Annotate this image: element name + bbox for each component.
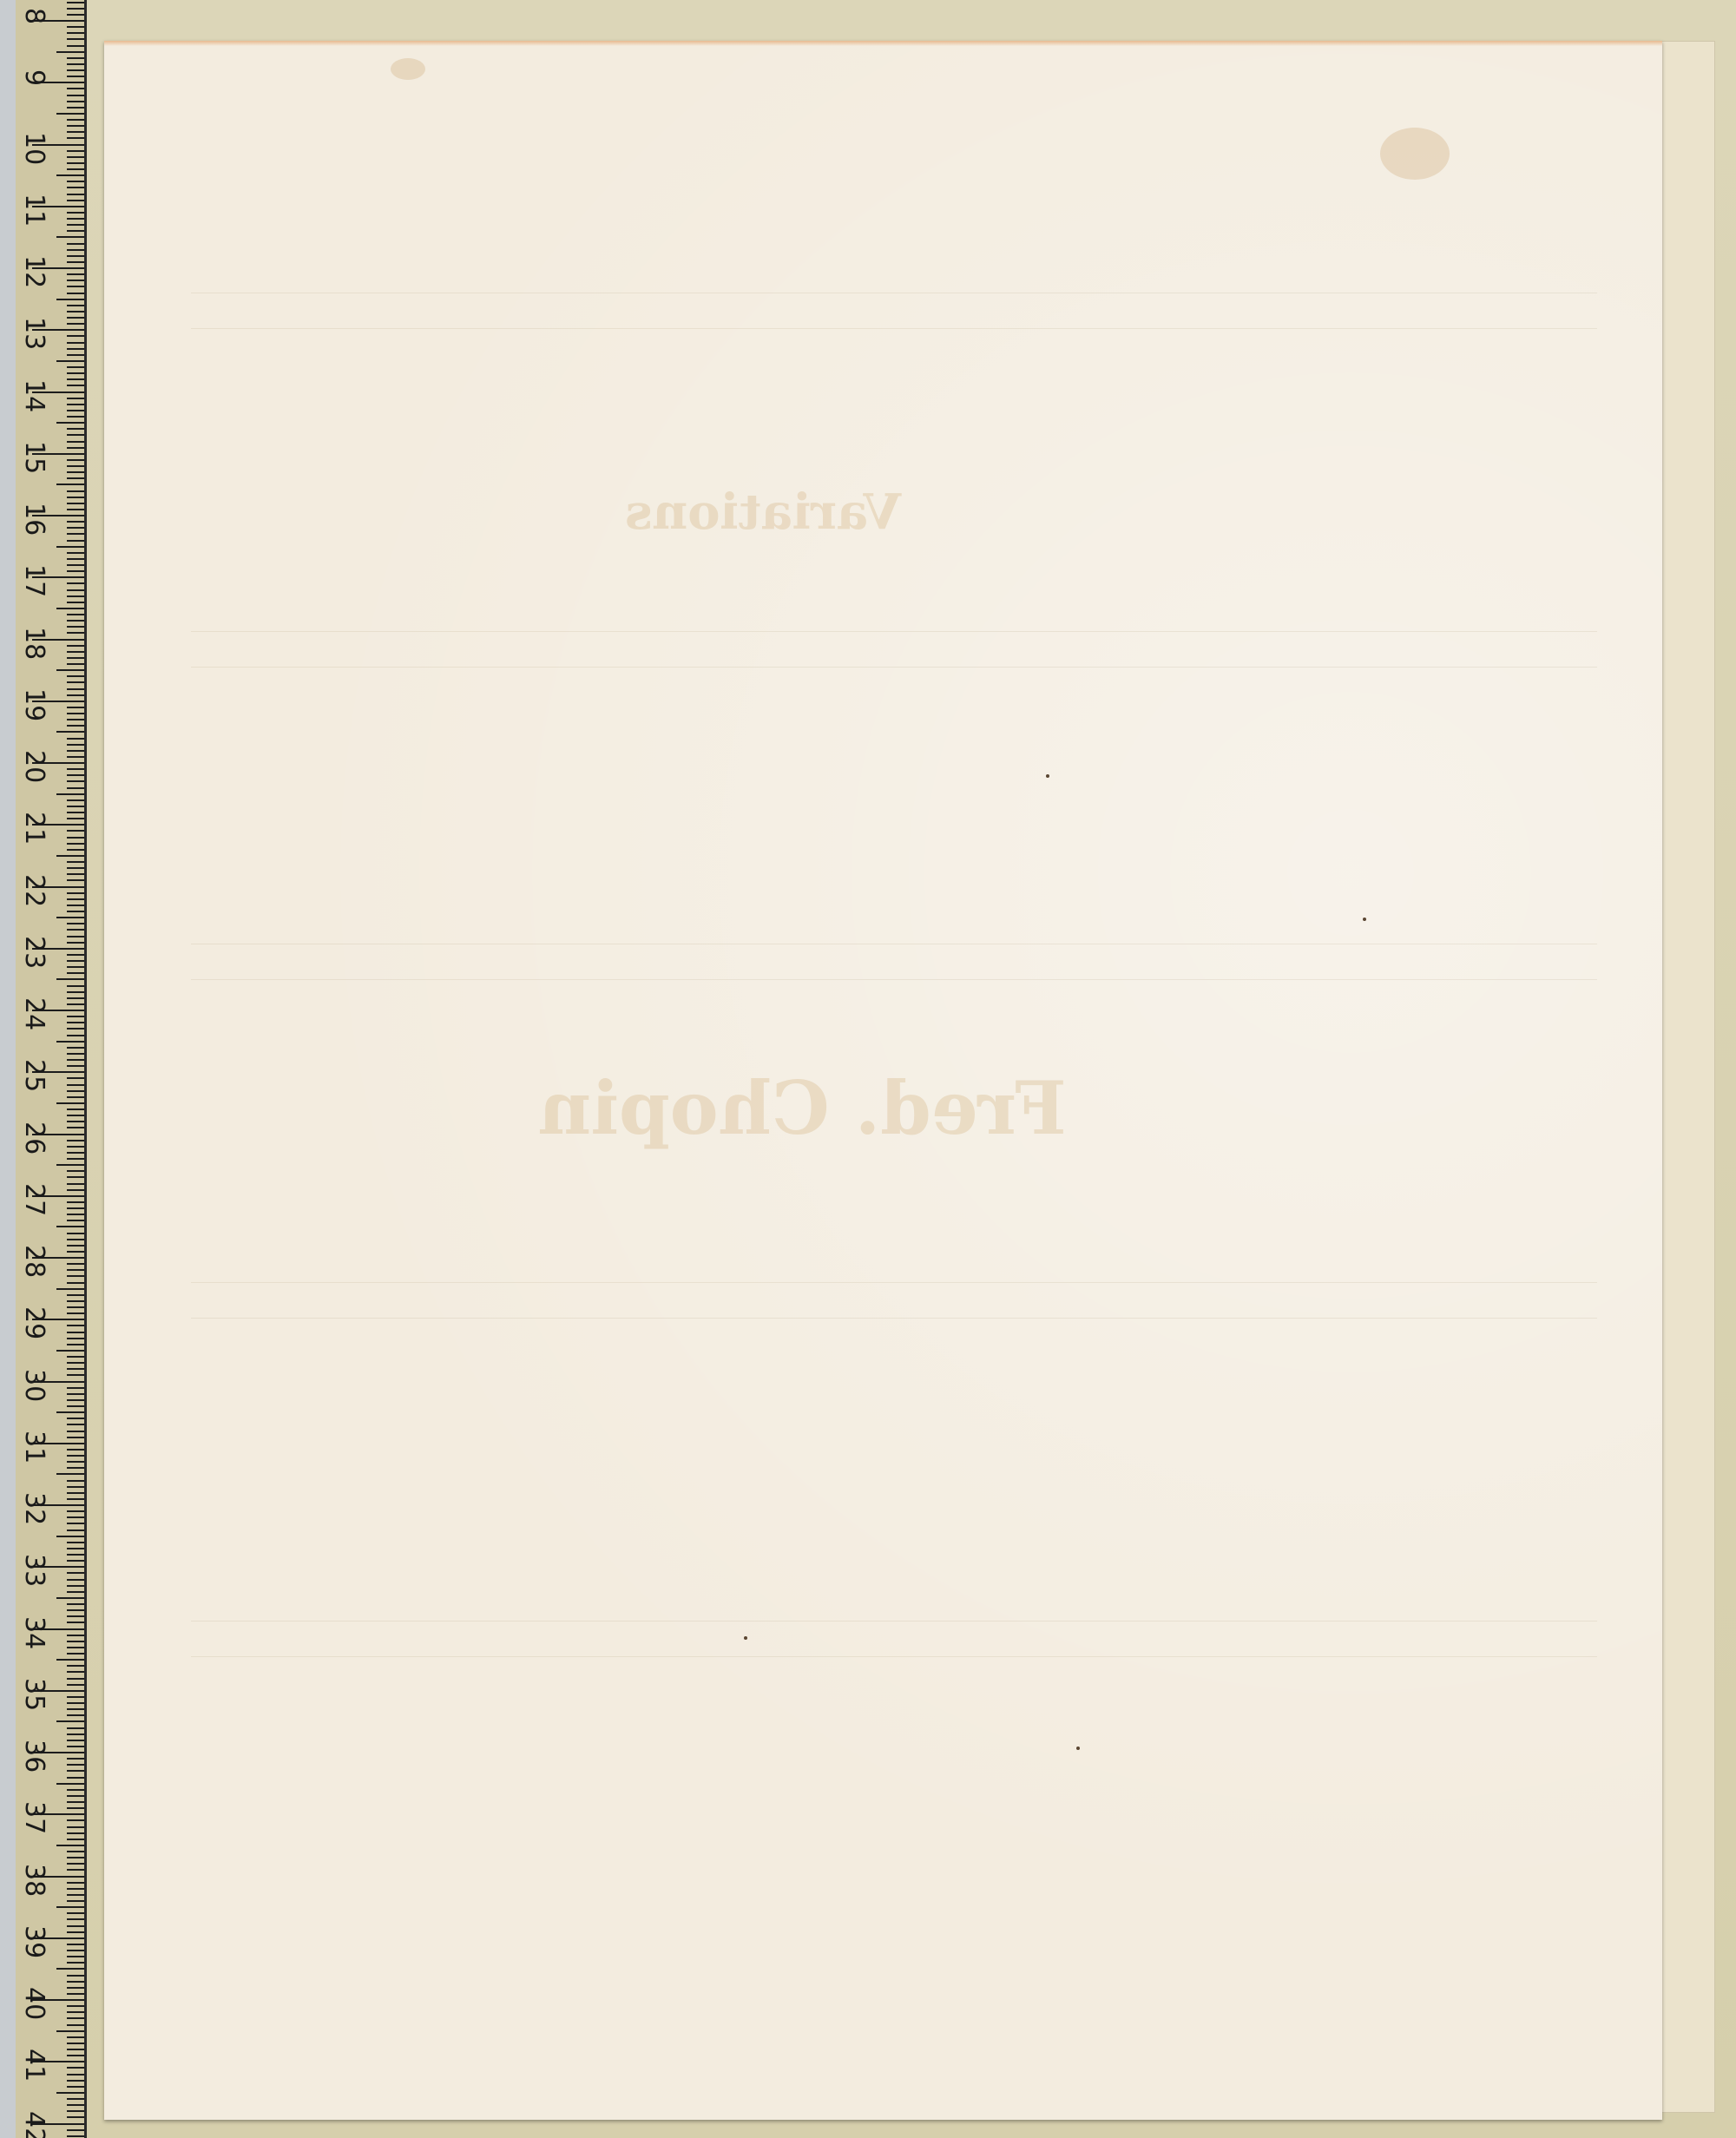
ruler-tick xyxy=(67,620,84,622)
ruler-tick xyxy=(67,1065,84,1067)
ruler-tick xyxy=(56,1906,84,1908)
ruler-tick xyxy=(67,416,84,418)
ruler-tick xyxy=(67,441,84,443)
ruler-tick xyxy=(67,398,84,399)
ruler-tick xyxy=(67,911,84,912)
ruler-tick xyxy=(56,299,84,300)
ruler-tick xyxy=(56,422,84,424)
ruler-tick xyxy=(67,32,84,34)
ruler-tick xyxy=(67,2055,84,2056)
ruler-tick xyxy=(67,707,84,708)
ruler-label: 32 xyxy=(21,1492,47,1525)
ruler-tick xyxy=(67,1214,84,1215)
ruler-tick xyxy=(56,1288,84,1290)
ruler-tick xyxy=(67,632,84,634)
ruler-tick xyxy=(67,187,84,188)
ruler-label: 34 xyxy=(21,1616,47,1649)
ruler-tick xyxy=(67,2104,84,2106)
ruler-label: 19 xyxy=(21,688,47,721)
ruler-tick xyxy=(67,2043,84,2044)
ruler-tick xyxy=(67,38,84,40)
ruler-tick xyxy=(56,1536,84,1537)
ruler-tick xyxy=(67,595,84,597)
ruler-tick xyxy=(67,1975,84,1977)
ruler-tick xyxy=(67,614,84,615)
ruler-tick xyxy=(67,774,84,776)
ruler-tick xyxy=(67,1239,84,1240)
ruler-tick xyxy=(67,1950,84,1951)
ruler-tick xyxy=(67,101,84,102)
ruler-tick xyxy=(67,1869,84,1871)
ruler-tick xyxy=(67,954,84,956)
ruler-tick xyxy=(67,2017,84,2019)
ruler-tick xyxy=(67,1233,84,1234)
ruler-tick xyxy=(67,1523,84,1524)
paper-speck xyxy=(1363,918,1366,921)
ruler-label: 17 xyxy=(21,564,47,597)
ruler-tick xyxy=(67,960,84,962)
ruler-tick xyxy=(67,497,84,498)
ruler-tick xyxy=(67,156,84,158)
ruler-tick xyxy=(67,1962,84,1964)
ruler-label: 28 xyxy=(21,1245,47,1278)
ruler-tick xyxy=(67,1158,84,1160)
ruler-tick xyxy=(67,564,84,566)
measurement-ruler: 8910111213141516171819202122232425262728… xyxy=(16,0,87,2138)
ruler-tick xyxy=(67,471,84,473)
ruler-tick xyxy=(67,1579,84,1581)
ruler-tick xyxy=(67,1819,84,1821)
ruler-label: 33 xyxy=(21,1554,47,1587)
ruler-tick xyxy=(67,1510,84,1512)
ruler-label: 14 xyxy=(21,379,47,412)
ruler-tick xyxy=(56,51,84,53)
ruler-tick xyxy=(67,830,84,832)
ruler-tick xyxy=(67,1882,84,1884)
ruler-tick xyxy=(67,806,84,807)
ruler-label: 13 xyxy=(21,317,47,350)
ruler-label: 39 xyxy=(21,1925,47,1958)
bleed-staff xyxy=(191,631,1597,668)
ruler-label: 20 xyxy=(21,750,47,783)
ruler-tick xyxy=(67,713,84,714)
ruler-tick xyxy=(67,1826,84,1828)
ruler-tick xyxy=(67,76,84,77)
ruler-tick xyxy=(67,1529,84,1531)
ruler-tick xyxy=(56,1102,84,1104)
ruler-tick xyxy=(67,1344,84,1345)
ruler-tick xyxy=(67,1325,84,1326)
ruler-tick xyxy=(56,1473,84,1475)
ruler-label: 36 xyxy=(21,1740,47,1773)
ruler-tick xyxy=(67,2098,84,2100)
ruler-tick xyxy=(67,1084,84,1086)
ruler-tick xyxy=(67,1888,84,1890)
ruler-tick xyxy=(67,1987,84,1989)
ruler-tick xyxy=(67,249,84,251)
ruler-tick xyxy=(67,540,84,542)
ruler-tick xyxy=(67,1944,84,1945)
ruler-tick xyxy=(56,2030,84,2032)
ruler-tick xyxy=(67,2129,84,2131)
ruler-tick xyxy=(67,354,84,356)
ruler-tick xyxy=(67,521,84,523)
ruler-tick xyxy=(67,1152,84,1154)
ruler-tick xyxy=(56,1597,84,1599)
ruler-tick xyxy=(67,1356,84,1358)
ruler-tick xyxy=(67,942,84,944)
ruler-tick xyxy=(67,1653,84,1654)
ruler-tick xyxy=(56,793,84,795)
ruler-tick xyxy=(67,1746,84,1747)
ruler-label: 35 xyxy=(21,1678,47,1711)
ruler-tick xyxy=(67,1035,84,1036)
ruler-tick xyxy=(67,459,84,461)
ruler-tick xyxy=(67,589,84,591)
ruler-tick xyxy=(67,787,84,789)
ruler-tick xyxy=(67,434,84,436)
ruler-tick xyxy=(67,1053,84,1055)
ruler-tick xyxy=(67,428,84,430)
ruler-tick xyxy=(67,1220,84,1221)
ruler-tick xyxy=(67,2067,84,2069)
ruler-tick xyxy=(67,1189,84,1191)
ruler-tick xyxy=(67,1925,84,1927)
ruler-tick xyxy=(67,936,84,937)
ruler-tick xyxy=(67,509,84,510)
ruler-tick xyxy=(67,1461,84,1463)
ruler-tick xyxy=(67,1641,84,1642)
ruler-tick xyxy=(67,218,84,220)
ruler-tick xyxy=(67,1795,84,1797)
ruler-tick xyxy=(67,1059,84,1061)
ruler-tick xyxy=(67,181,84,182)
ruler-tick xyxy=(67,837,84,839)
ruler-tick xyxy=(67,57,84,59)
ruler-tick xyxy=(67,681,84,683)
ruler-tick xyxy=(67,533,84,535)
ruler-tick xyxy=(67,243,84,245)
ruler-tick xyxy=(56,360,84,362)
ruler-tick xyxy=(67,1832,84,1834)
ruler-label: 10 xyxy=(21,132,47,165)
ruler-tick xyxy=(67,95,84,96)
ruler-tick xyxy=(56,1659,84,1661)
ruler-tick xyxy=(67,119,84,121)
ruler-tick xyxy=(67,293,84,294)
ruler-tick xyxy=(67,372,84,374)
ruler-tick xyxy=(67,558,84,560)
ruler-tick xyxy=(67,1263,84,1265)
ruler-tick xyxy=(67,69,84,71)
ruler-label: 9 xyxy=(21,69,47,86)
ruler-label: 23 xyxy=(21,936,47,969)
ruler-tick xyxy=(67,867,84,869)
ruler-tick xyxy=(67,2074,84,2076)
bleed-staff xyxy=(191,1621,1597,1657)
ruler-tick xyxy=(67,1894,84,1896)
ruler-tick xyxy=(67,1047,84,1049)
ruler-tick xyxy=(67,1146,84,1148)
ruler-tick xyxy=(67,503,84,504)
ruler-tick xyxy=(56,1845,84,1846)
ruler-tick xyxy=(67,273,84,275)
ruler-tick xyxy=(67,1300,84,1302)
ruler-tick xyxy=(67,465,84,467)
ruler-tick xyxy=(67,477,84,479)
ruler-label: 8 xyxy=(21,8,47,24)
ruler-tick xyxy=(67,1455,84,1457)
ruler-tick xyxy=(67,1368,84,1370)
ruler-tick xyxy=(67,1437,84,1438)
ruler-tick xyxy=(67,1789,84,1791)
ruler-tick xyxy=(56,669,84,671)
bleed-through-composer: Fred. Chopin xyxy=(538,1065,1067,1151)
ruler-tick xyxy=(67,2110,84,2112)
ruler-label: 11 xyxy=(21,194,47,227)
ruler-tick xyxy=(67,657,84,659)
ruler-tick xyxy=(67,45,84,47)
ruler-tick xyxy=(67,1312,84,1314)
ruler-tick xyxy=(56,978,84,980)
ruler-tick xyxy=(67,1777,84,1779)
ruler-tick xyxy=(67,1492,84,1494)
ruler-tick xyxy=(67,150,84,152)
scanner-edge xyxy=(0,0,16,2138)
ruler-label: 27 xyxy=(21,1183,47,1216)
ruler-tick xyxy=(67,1857,84,1858)
ruler-tick xyxy=(67,1090,84,1092)
ruler-tick xyxy=(67,768,84,770)
ruler-tick xyxy=(67,570,84,572)
ruler-tick xyxy=(67,1140,84,1141)
ruler-tick xyxy=(67,1467,84,1469)
ruler-label: 37 xyxy=(21,1801,47,1834)
ruler-tick xyxy=(67,991,84,993)
ruler-tick xyxy=(67,1115,84,1116)
ruler-label: 12 xyxy=(21,255,47,288)
ruler-tick xyxy=(67,1727,84,1729)
ruler-label: 22 xyxy=(21,874,47,907)
ruler-label: 24 xyxy=(21,997,47,1030)
ruler-tick xyxy=(67,1542,84,1543)
paper-speck xyxy=(744,1636,747,1640)
bleed-staff xyxy=(191,944,1597,980)
ruler-tick xyxy=(67,1399,84,1401)
ruler-label: 40 xyxy=(21,1987,47,2020)
ruler-tick xyxy=(67,812,84,813)
ruler-tick xyxy=(67,255,84,257)
ruler-tick xyxy=(67,663,84,665)
ruler-tick xyxy=(67,280,84,281)
ruler-tick xyxy=(67,1807,84,1809)
ruler-tick xyxy=(67,2080,84,2082)
ruler-tick xyxy=(67,1176,84,1178)
ruler-tick xyxy=(56,1411,84,1413)
ruler-tick xyxy=(67,1003,84,1005)
ruler-tick xyxy=(67,1306,84,1308)
ruler-tick xyxy=(56,1968,84,1970)
ruler-tick xyxy=(67,378,84,380)
ruler-tick xyxy=(67,527,84,529)
ruler-tick xyxy=(67,261,84,263)
ruler-tick xyxy=(67,1269,84,1271)
ruler-tick xyxy=(67,131,84,133)
paper-speck xyxy=(1076,1747,1080,1750)
ruler-tick xyxy=(67,1418,84,1419)
ruler-tick xyxy=(67,898,84,900)
ruler-label: 30 xyxy=(21,1369,47,1402)
ruler-tick xyxy=(67,2,84,3)
ruler-tick xyxy=(67,1863,84,1865)
ruler-tick xyxy=(67,1993,84,1995)
ruler-tick xyxy=(67,1251,84,1253)
ruler-tick xyxy=(67,552,84,554)
ruler-tick xyxy=(67,1016,84,1017)
ruler-tick xyxy=(56,174,84,176)
ruler-label: 29 xyxy=(21,1306,47,1339)
ruler-tick xyxy=(67,675,84,677)
ruler-tick xyxy=(56,1783,84,1785)
ruler-tick xyxy=(67,923,84,924)
ruler-tick xyxy=(67,719,84,720)
ruler-tick xyxy=(67,8,84,10)
ruler-tick xyxy=(67,194,84,195)
ruler-tick xyxy=(67,1714,84,1716)
page-top-edge xyxy=(104,41,1662,46)
ruler-tick xyxy=(67,694,84,696)
ruler-tick xyxy=(67,1622,84,1623)
ruler-tick xyxy=(67,311,84,312)
ruler-tick xyxy=(67,750,84,752)
ruler-tick xyxy=(67,230,84,232)
ruler-tick xyxy=(67,1918,84,1920)
ruler-tick xyxy=(56,1041,84,1043)
ruler-tick xyxy=(67,1405,84,1407)
ruler-tick xyxy=(67,1740,84,1741)
ruler-tick xyxy=(67,1770,84,1772)
ruler-tick xyxy=(67,162,84,164)
ruler-tick xyxy=(67,2024,84,2026)
ruler-tick xyxy=(67,849,84,851)
ruler-tick xyxy=(67,335,84,337)
ruler-tick xyxy=(67,1486,84,1488)
ruler-label: 42 xyxy=(21,2111,47,2138)
ruler-tick xyxy=(67,756,84,758)
ruler-tick xyxy=(67,799,84,801)
ruler-tick xyxy=(67,905,84,906)
ruler-label: 25 xyxy=(21,1059,47,1092)
ruler-tick xyxy=(67,1108,84,1110)
ruler-tick xyxy=(67,1615,84,1617)
ruler-tick xyxy=(56,546,84,548)
ruler-tick xyxy=(67,2011,84,2013)
ruler-tick xyxy=(67,2116,84,2118)
ruler-tick xyxy=(56,2092,84,2094)
ruler-tick xyxy=(56,1720,84,1722)
ruler-tick xyxy=(67,2036,84,2038)
ruler-tick xyxy=(67,1207,84,1209)
ruler-tick xyxy=(67,1498,84,1500)
ruler-tick xyxy=(56,113,84,115)
ruler-tick xyxy=(67,1591,84,1593)
ruler-tick xyxy=(67,348,84,350)
ruler-tick xyxy=(67,1647,84,1648)
ruler-tick xyxy=(67,1851,84,1852)
ruler-tick xyxy=(67,997,84,999)
ruler-tick xyxy=(67,1560,84,1562)
ruler-tick xyxy=(67,1374,84,1376)
ruler-tick xyxy=(56,1350,84,1352)
ruler-tick xyxy=(67,861,84,863)
ruler-tick xyxy=(67,1554,84,1556)
ruler-tick xyxy=(67,1077,84,1079)
ruler-tick xyxy=(67,1282,84,1284)
paper-stain xyxy=(391,58,425,80)
ruler-tick xyxy=(67,626,84,628)
ruler-tick xyxy=(67,1665,84,1667)
ruler-tick xyxy=(56,731,84,733)
ruler-tick xyxy=(67,972,84,974)
ruler-tick xyxy=(67,317,84,319)
ruler-tick xyxy=(67,447,84,449)
ruler-tick xyxy=(67,1635,84,1636)
ruler-label: 15 xyxy=(21,441,47,474)
ruler-tick xyxy=(56,608,84,609)
ruler-tick xyxy=(67,602,84,603)
ruler-label: 41 xyxy=(21,2049,47,2082)
ruler-tick xyxy=(67,1981,84,1983)
ruler-tick xyxy=(67,1758,84,1760)
ruler-tick xyxy=(67,2049,84,2050)
ruler-tick xyxy=(67,1201,84,1203)
ruler-tick xyxy=(67,651,84,653)
ruler-tick xyxy=(67,1708,84,1710)
bleed-staff xyxy=(191,1282,1597,1319)
ruler-tick xyxy=(67,1393,84,1395)
ruler-label: 38 xyxy=(21,1864,47,1897)
ruler-tick xyxy=(67,1121,84,1122)
ruler-tick xyxy=(56,1226,84,1227)
ruler-tick xyxy=(67,63,84,65)
ruler-tick xyxy=(67,212,84,214)
ruler-tick xyxy=(67,1022,84,1023)
ruler-tick xyxy=(67,137,84,139)
ruler-tick xyxy=(67,1183,84,1185)
ruler-tick xyxy=(67,1900,84,1902)
ruler-tick xyxy=(56,236,84,238)
ruler-tick xyxy=(67,1424,84,1425)
ruler-tick xyxy=(67,1609,84,1611)
ruler-tick xyxy=(67,168,84,170)
ruler-tick xyxy=(67,843,84,845)
ruler-tick xyxy=(67,1801,84,1803)
ruler-tick xyxy=(67,1572,84,1574)
ruler-tick xyxy=(67,1362,84,1364)
ruler-tick xyxy=(67,879,84,881)
ruler-tick xyxy=(67,385,84,386)
ruler-tick xyxy=(67,404,84,405)
ruler-label: 16 xyxy=(21,503,47,536)
ruler-tick xyxy=(67,342,84,344)
ruler-tick xyxy=(67,366,84,368)
ruler-tick xyxy=(67,1449,84,1451)
ruler-tick xyxy=(67,818,84,819)
ruler-tick xyxy=(67,688,84,690)
ruler-tick xyxy=(67,582,84,584)
ruler-tick xyxy=(67,200,84,201)
ruler-tick xyxy=(56,484,84,485)
